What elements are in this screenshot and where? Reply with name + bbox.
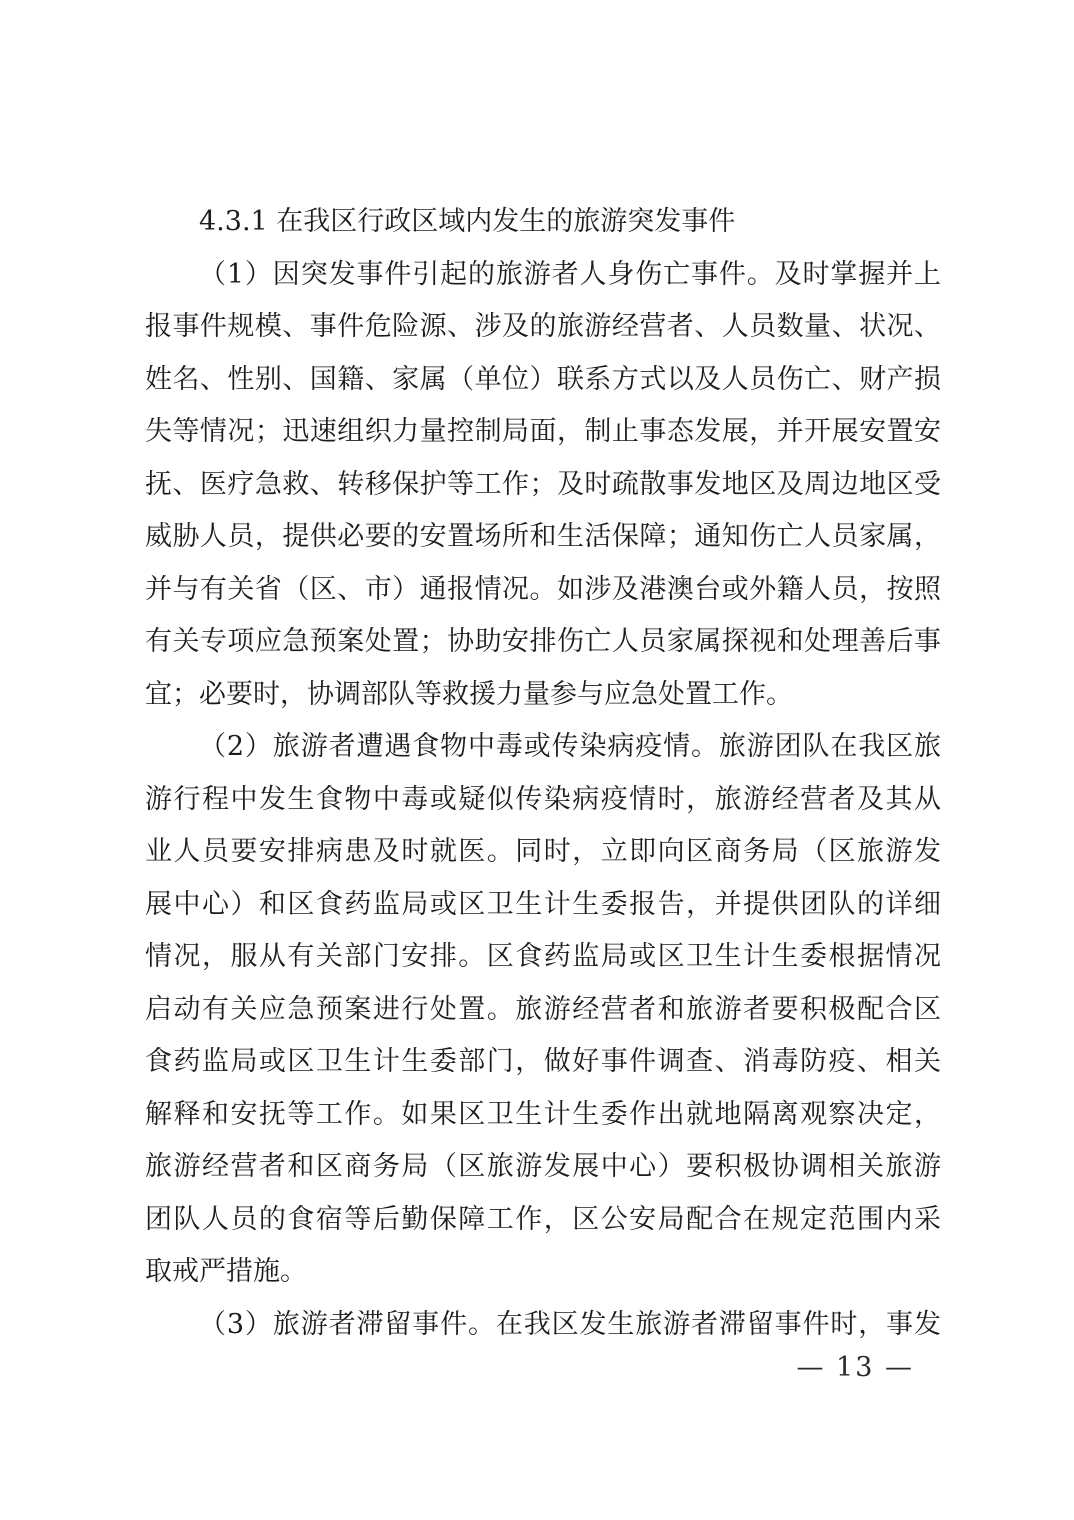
text-line: （2）旅游者遭遇食物中毒或传染病疫情。旅游团队在我区旅 [145,721,941,774]
document-body: 4.3.1 在我区行政区域内发生的旅游突发事件 （1）因突发事件引起的旅游者人身… [145,196,941,1351]
text-line: 旅游经营者和区商务局（区旅游发展中心）要积极协调相关旅游 [145,1141,941,1194]
text-line: 游行程中发生食物中毒或疑似传染病疫情时，旅游经营者及其从 [145,774,941,827]
text-line: 报事件规模、事件危险源、涉及的旅游经营者、人员数量、状况、 [145,301,941,354]
text-line: 取戒严措施。 [145,1246,941,1299]
text-line: 姓名、性别、国籍、家属（单位）联系方式以及人员伤亡、财产损 [145,354,941,407]
text-line: 有关专项应急预案处置；协助安排伤亡人员家属探视和处理善后事 [145,616,941,669]
text-line: 展中心）和区食药监局或区卫生计生委报告，并提供团队的详细 [145,879,941,932]
page-number: — 13 — [796,1352,914,1383]
text-line: 宜；必要时，协调部队等救援力量参与应急处置工作。 [145,669,941,722]
text-line: 团队人员的食宿等后勤保障工作，区公安局配合在规定范围内采 [145,1194,941,1247]
text-line: 食药监局或区卫生计生委部门，做好事件调查、消毒防疫、相关 [145,1036,941,1089]
document-page: 4.3.1 在我区行政区域内发生的旅游突发事件 （1）因突发事件引起的旅游者人身… [0,0,1074,1520]
text-line: 情况，服从有关部门安排。区食药监局或区卫生计生委根据情况 [145,931,941,984]
text-line: （3）旅游者滞留事件。在我区发生旅游者滞留事件时，事发 [145,1299,941,1352]
text-line: 失等情况；迅速组织力量控制局面，制止事态发展，并开展安置安 [145,406,941,459]
text-line: 威胁人员，提供必要的安置场所和生活保障；通知伤亡人员家属， [145,511,941,564]
text-line: 启动有关应急预案进行处置。旅游经营者和旅游者要积极配合区 [145,984,941,1037]
text-line: 抚、医疗急救、转移保护等工作；及时疏散事发地区及周边地区受 [145,459,941,512]
section-heading: 4.3.1 在我区行政区域内发生的旅游突发事件 [145,196,941,249]
text-line: 并与有关省（区、市）通报情况。如涉及港澳台或外籍人员，按照 [145,564,941,617]
text-line: 业人员要安排病患及时就医。同时，立即向区商务局（区旅游发 [145,826,941,879]
page-footer: — 13 — [796,1352,914,1384]
text-line: 解释和安抚等工作。如果区卫生计生委作出就地隔离观察决定， [145,1089,941,1142]
text-line: （1）因突发事件引起的旅游者人身伤亡事件。及时掌握并上 [145,249,941,302]
